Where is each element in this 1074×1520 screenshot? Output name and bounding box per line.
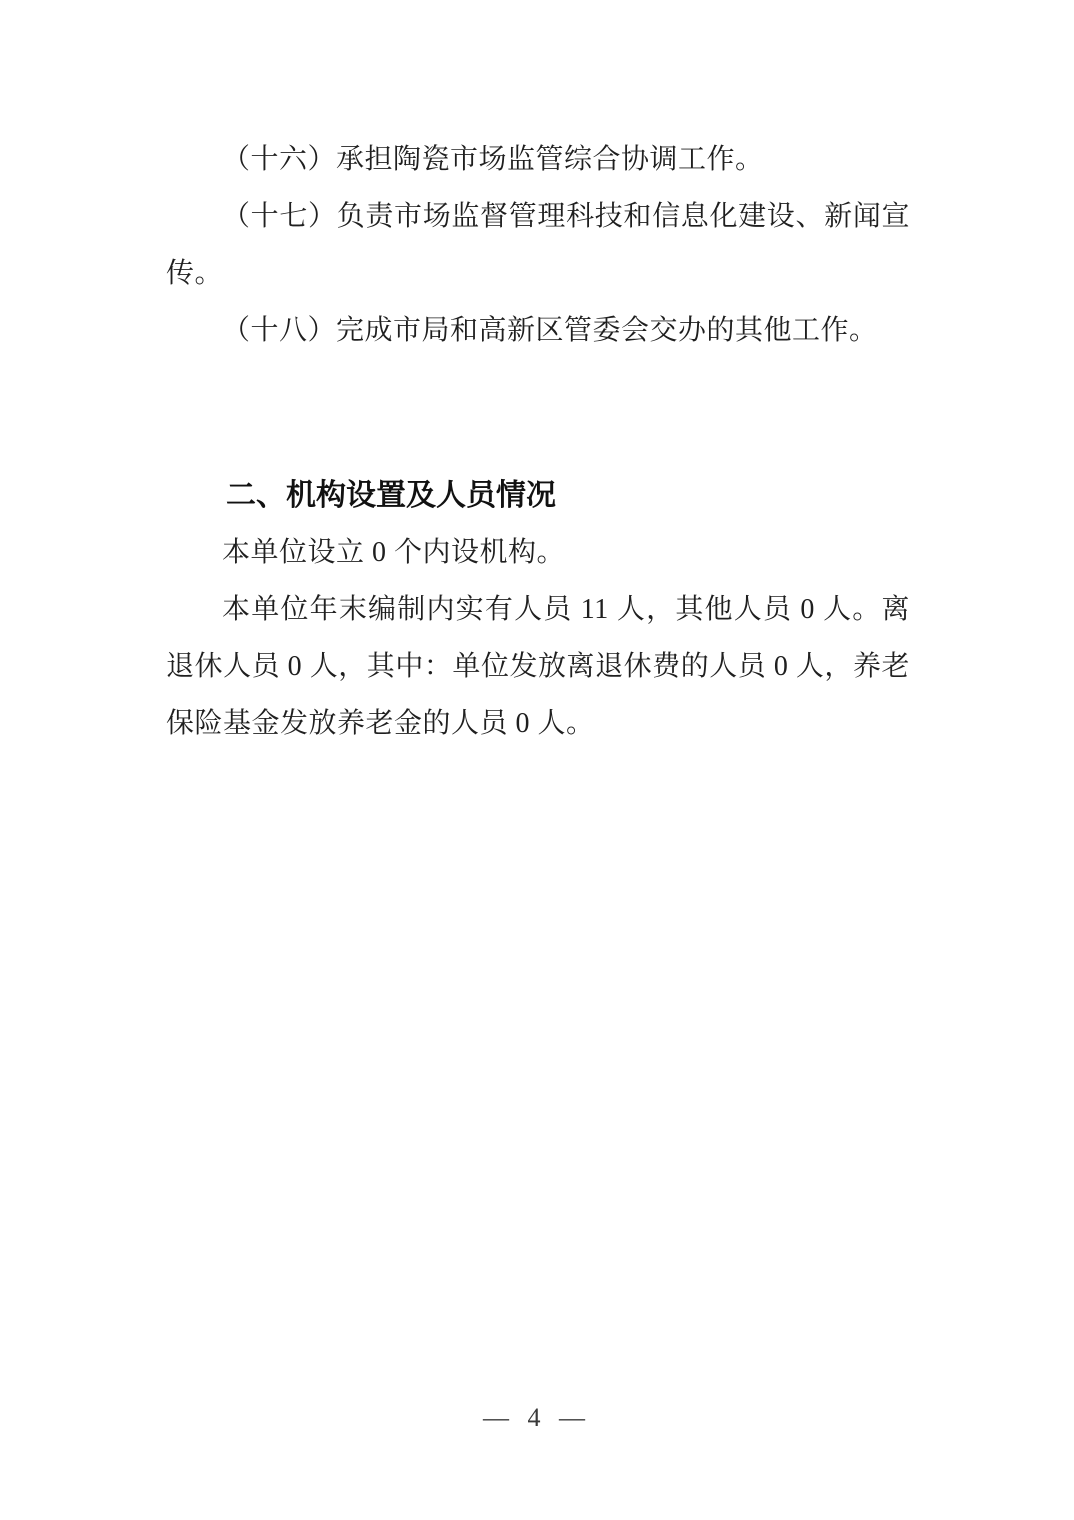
paragraph-org-internal-units: 本单位设立 0 个内设机构。 <box>166 524 910 581</box>
paragraph-org-staffing-figures: 本单位年末编制内实有人员 11 人，其他人员 0 人。离退休人员 0 人，其中：… <box>166 581 910 752</box>
section-heading-org-staff: 二、机构设置及人员情况 <box>166 467 910 524</box>
paragraph-duty-16: （十六）承担陶瓷市场监管综合协调工作。 <box>166 131 910 188</box>
paragraph-duty-18: （十八）完成市局和高新区管委会交办的其他工作。 <box>166 302 910 359</box>
page-number: — 4 — <box>0 1398 1074 1438</box>
document-body: （十六）承担陶瓷市场监管综合协调工作。 （十七）负责市场监督管理科技和信息化建设… <box>166 131 910 752</box>
document-page: （十六）承担陶瓷市场监管综合协调工作。 （十七）负责市场监督管理科技和信息化建设… <box>0 0 1074 1520</box>
paragraph-duty-17: （十七）负责市场监督管理科技和信息化建设、新闻宣传。 <box>166 188 910 302</box>
